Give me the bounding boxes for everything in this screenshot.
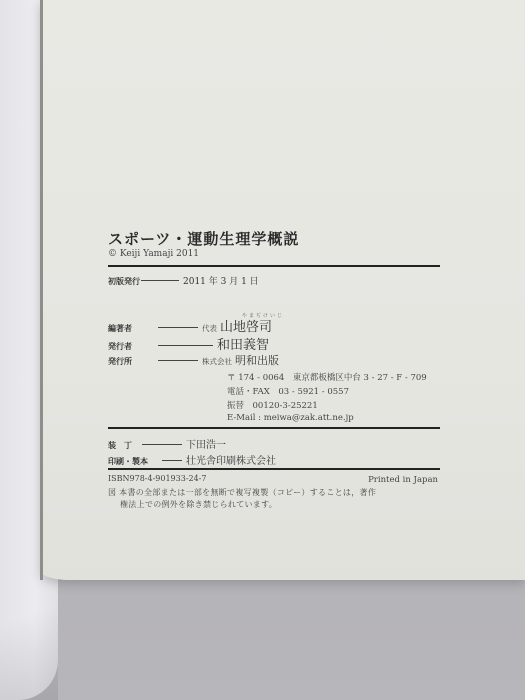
copy-notice-line2: 権法上での例外を除き禁じられています。 xyxy=(120,499,277,510)
leader-dash xyxy=(158,345,213,346)
first-edition-date: 2011 年 3 月 1 日 xyxy=(183,274,259,287)
publisher-transfer-account: 振替 00120-3-25221 xyxy=(227,399,318,411)
printing-label: 印刷・製本 xyxy=(108,456,162,467)
publishing-house-prefix: 株式会社 xyxy=(202,356,232,367)
copy-notice-line1: 図 本書の全部または一部を無断で複写複製（コピー）することは，著作 xyxy=(108,487,376,498)
printed-in-japan: Printed in Japan xyxy=(368,475,438,485)
copyright-line: © Keiji Yamaji 2011 xyxy=(108,249,199,259)
isbn: ISBN978-4-901933-24-7 xyxy=(108,474,207,483)
publisher-address: 〒 174 - 0064 東京都板橋区中台 3 - 27 - F - 709 xyxy=(227,371,427,383)
top-rule xyxy=(108,265,440,267)
publisher-person-row: 発行者 和田義智 xyxy=(108,334,269,353)
first-edition-label: 初版発行 xyxy=(108,276,140,287)
printer-name: 壮光舎印刷株式会社 xyxy=(186,452,276,467)
design-row: 装 丁 下田浩一 xyxy=(108,436,226,451)
leader-dash xyxy=(141,280,179,281)
designer-name: 下田浩一 xyxy=(186,436,226,451)
editor-prefix: 代表 xyxy=(202,323,217,334)
first-edition-row: 初版発行 2011 年 3 月 1 日 xyxy=(108,274,259,287)
book-title: スポーツ・運動生理学概説 xyxy=(108,228,299,249)
printing-row: 印刷・製本 壮光舎印刷株式会社 xyxy=(108,452,276,467)
middle-rule xyxy=(108,427,440,429)
leader-dash xyxy=(158,360,198,361)
publisher-email: E-Mail : meiwa@zak.att.ne.jp xyxy=(227,413,354,423)
leader-dash xyxy=(142,444,182,445)
publisher-phone-fax: 電話・FAX 03 - 5921 - 0557 xyxy=(227,385,349,397)
design-label: 装 丁 xyxy=(108,440,142,451)
leader-dash xyxy=(162,460,182,461)
publishing-house-row: 発行所 株式会社 明和出版 xyxy=(108,352,279,368)
publishing-house-label: 発行所 xyxy=(108,356,158,367)
editor-name: 山地啓司 xyxy=(220,316,272,335)
colophon-page: スポーツ・運動生理学概説 © Keiji Yamaji 2011 初版発行 20… xyxy=(40,0,525,580)
editor-label: 編著者 xyxy=(108,323,158,334)
publisher-person-label: 発行者 xyxy=(108,341,158,352)
leader-dash xyxy=(158,327,198,328)
page-gutter xyxy=(40,0,43,580)
publisher-person-name: 和田義智 xyxy=(217,334,269,353)
editor-row: 編著者 代表 山地啓司 xyxy=(108,316,272,335)
publishing-house-name: 明和出版 xyxy=(235,352,279,368)
bottom-rule xyxy=(108,468,440,470)
